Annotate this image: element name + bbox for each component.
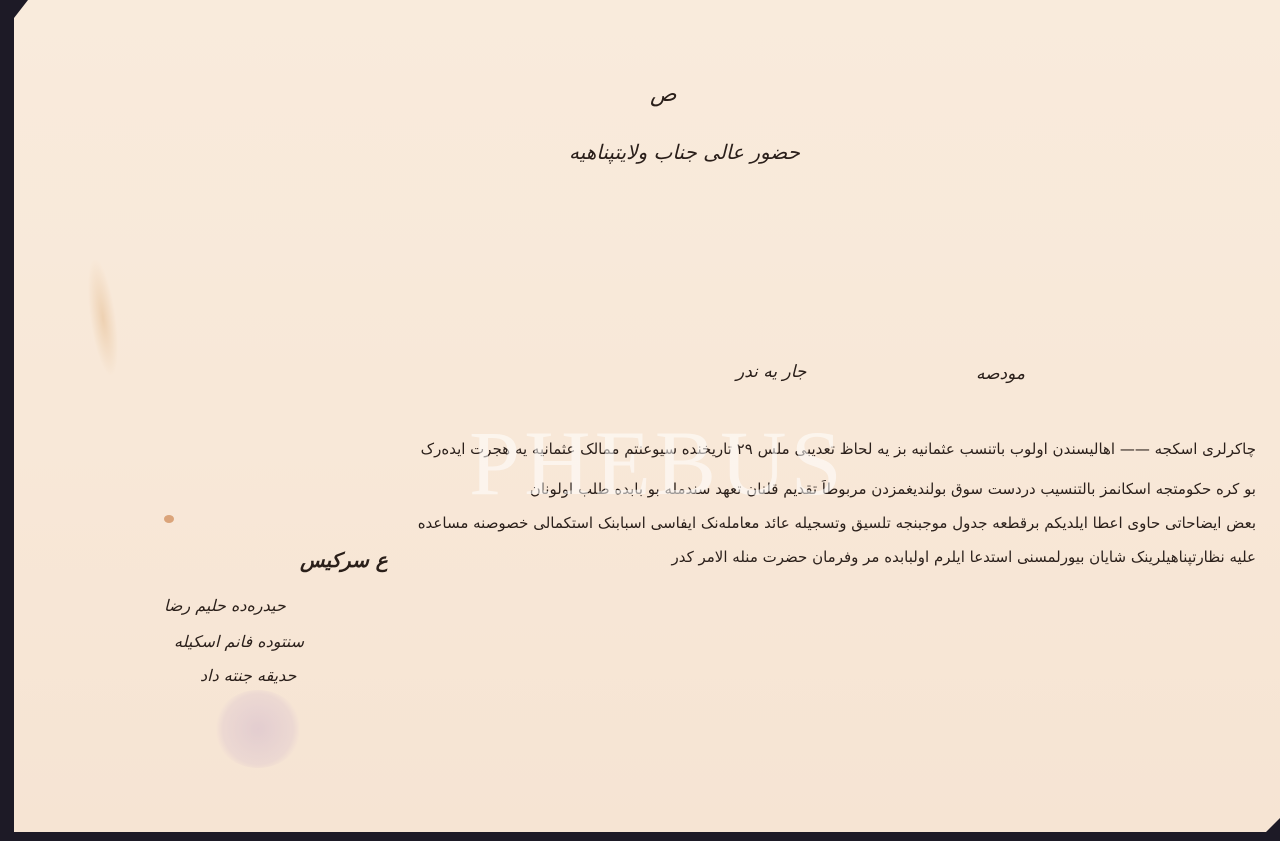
paper-stain bbox=[82, 257, 124, 379]
watermark: PHEBUS bbox=[469, 410, 846, 516]
seal-stamp bbox=[214, 690, 302, 768]
body-line-3: بعض ایضاحاتی حاوی اعطا ایلدیکم برقطعه جد… bbox=[136, 514, 1256, 532]
header-mark: ص bbox=[650, 82, 677, 107]
margin-note-1: حیدره‌ده حلیم رضا bbox=[164, 596, 286, 615]
salutation: حضور عالی جناب ولایتپناهیه bbox=[569, 140, 800, 164]
body-line-2: بو کره حکومتجه اسکانمز بالتنسیب دردست سو… bbox=[156, 480, 1256, 498]
body-line-1: چاکرلری اسکجه —— اهالیسندن اولوب باتنسب … bbox=[156, 440, 1256, 458]
date-label-right: مودصه bbox=[976, 364, 1025, 384]
signature: ع سرکیس bbox=[300, 548, 388, 572]
margin-note-2: سنتوده فانم اسکیله bbox=[174, 632, 304, 651]
date-label-left: جار یه ندر bbox=[736, 362, 806, 382]
margin-note-3: حدیقه جنته داد bbox=[200, 666, 296, 685]
document-paper: ص حضور عالی جناب ولایتپناهیه جار یه ندر … bbox=[14, 0, 1280, 832]
